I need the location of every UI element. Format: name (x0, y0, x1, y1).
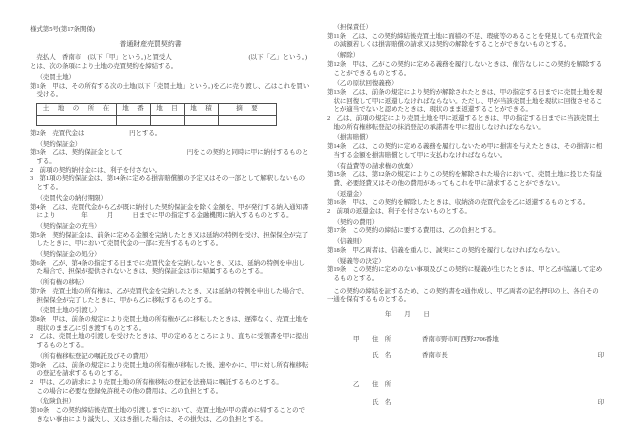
clause-text: 第10条 この契約締結後売買土地の引渡しまでにおいて、売買土地が甲の責めに帰する… (30, 407, 311, 424)
signature-row: 甲住 所香南市野市町西野2706番地 (353, 336, 604, 345)
form-number: 様式第5号(第17条関係) (30, 26, 311, 35)
clause-text: 第8条 甲は、前条の規定により売買土地の所有権が乙に移転したときは、遅滞なく、売… (30, 316, 311, 333)
signature-row: 乙住 所 (353, 381, 604, 390)
clause-text: 2 乙は、前項の規定により売買土地を甲に返還するときは、甲の指定する日までに当該… (327, 115, 604, 132)
clause-text: 2 甲は、乙の請求により売買土地の所有権移転の登記を法務局に嘱託するものとする。 (30, 379, 311, 388)
clause-heading: （解除） (327, 52, 604, 61)
field-label: 氏 名 (372, 399, 422, 408)
clause-text: 第15条 乙は、第12条の規定によりこの契約を解除された場合において、売買土地に… (327, 171, 604, 188)
seal-mark: 印 (592, 399, 604, 408)
clause-text: 3 第1項の契約保証金は、第14条に定める損害賠償額の予定又はその一部として解釈… (30, 175, 311, 192)
left-column: 様式第5号(第17条関係) 普通財産売買契約書 売払人 香南市 (以下「甲」とい… (30, 26, 311, 424)
seal-mark (592, 336, 604, 345)
clause-heading: （売買土地の引渡し） (30, 307, 311, 316)
clause-heading: （所有権の移転） (30, 279, 311, 288)
signature-row: 氏 名印 (353, 399, 604, 408)
closing-paragraph: この契約の締結を証するため、この契約書を2通作成し、甲乙両者の記名押印の上、各自… (327, 288, 604, 305)
clause-text: 第3条 乙は、契約保証金として 円をこの契約と同時に甲に納付するものとする。 (30, 149, 311, 166)
clause-text: 第7条 売買土地の所有権は、乙が売買代金を完納したとき、又は延納の特例を申出した… (30, 288, 311, 305)
clause-heading: （危険負担） (30, 398, 311, 407)
clause-text: 第9条 乙は、前条の規定により売買土地の所有権が移転した後、速やかに、甲に対し所… (30, 362, 311, 379)
clause-heading: （所有権移転登記の嘱託及びその費用） (30, 353, 311, 362)
field-value: 香南市野市町西野2706番地 (422, 336, 592, 345)
land-table: 土 地 の 所 在地 番地 目地 積摘 要 (36, 103, 277, 126)
clause-heading: （乙の原状回復義務） (327, 80, 604, 89)
clause-text: 第1条 甲は、その所有する次の土地(以下「売買土地」という。)を乙に売り渡し、乙… (30, 83, 311, 100)
clause-text: 2 乙は、売買土地の引渡しを受けたときは、甲の定めるところにより、直ちに受領書を… (30, 333, 311, 350)
clause-text: 2 前項の返還金は、利子を付さないものとする。 (327, 208, 604, 217)
field-label: 住 所 (372, 381, 422, 390)
party-label: 甲 (353, 336, 372, 345)
land-table-header-cell: 地 積 (185, 103, 219, 115)
land-table-row (37, 115, 277, 125)
field-label: 住 所 (372, 336, 422, 345)
land-table-cell (117, 115, 151, 125)
clause-text: 第14条 乙は、この契約に定める義務を履行しないため甲に損害を与えたときは、その… (327, 143, 604, 160)
clause-text: 第6条 乙が、第4条の指定する日までに売買代金を完納しないとき、又は、延納の特例… (30, 260, 311, 277)
land-table-header-cell: 摘 要 (219, 103, 277, 115)
clause-text: 第11条 乙は、この契約締結後売買土地に面積の不足、瑕疵等のあることを発見しても… (327, 33, 604, 50)
field-label: 氏 名 (372, 352, 422, 361)
clause-text: 第19条 この契約に定めのない事項及びこの契約に疑義が生じたときは、甲と乙が協議… (327, 266, 604, 283)
land-table-cell (151, 115, 185, 125)
clause-heading: （信義則） (327, 238, 604, 247)
clause-text: 第5条 契約保証金は、前条に定める金額を完納したとき又は延納の特例を受け、担保保… (30, 232, 311, 249)
land-table-cell (185, 115, 219, 125)
date-line: 年 月 日 (327, 311, 604, 320)
contract-document-page: 様式第5号(第17条関係) 普通財産売買契約書 売払人 香南市 (以下「甲」とい… (0, 0, 630, 439)
signature-row: 氏 名香南市長印 (353, 352, 604, 361)
clause-text: 第13条 乙は、前条の規定により契約が解除されたときは、甲の指定する日までに売買… (327, 89, 604, 115)
clause-heading: （疑義等の決定） (327, 258, 604, 267)
field-value: 香南市長 (422, 352, 592, 361)
page-title: 普通財産売買契約書 (30, 40, 271, 49)
clause-text: 第17条 この契約の締結に要する費用は、乙の負担とする。 (327, 227, 604, 236)
field-value (422, 399, 592, 408)
clause-heading: （契約保証金の充当） (30, 223, 311, 232)
clause-heading: （担保責任） (327, 24, 604, 33)
clause-text: 第12条 甲は、乙がこの契約に定める義務を履行しないときは、催告なしにこの契約を… (327, 61, 604, 78)
clause-text: 第16条 甲は、この契約を解除したときは、収納済の売買代金を乙に返還するものとす… (327, 199, 604, 208)
land-table-header-cell: 地 目 (151, 103, 185, 115)
intro-paragraph: 売払人 香南市 (以下「甲」という。)と買受人 (以下「乙」という。)とは、次の… (30, 54, 311, 71)
clause-heading: （契約保証金の処分） (30, 251, 311, 260)
clause-heading: （売買土地） (30, 74, 311, 83)
clause-text: この場合に必要な登録免許税その他の費用は、乙の負担とする。 (30, 388, 311, 397)
seal-mark: 印 (592, 352, 604, 361)
party-label (353, 352, 372, 361)
party-label: 乙 (353, 381, 372, 390)
land-table-cell (37, 115, 117, 125)
clause-text: 第2条 売買代金は 円とする。 (30, 130, 311, 139)
land-table-header-cell: 地 番 (117, 103, 151, 115)
right-column: （担保責任）第11条 乙は、この契約締結後売買土地に面積の不足、瑕疵等のあること… (327, 22, 604, 408)
clause-text: 第4条 乙は、売買代金から乙が既に納付した契約保証金を除く金額を、甲が発行する納… (30, 204, 311, 221)
clause-heading: （売買代金の納付期限） (30, 195, 311, 204)
party-label (353, 399, 372, 408)
field-value (422, 381, 592, 390)
land-table-cell (219, 115, 277, 125)
clause-text: 第18条 甲乙両者は、信義を重んじ、誠実にこの契約を履行しなければならない。 (327, 247, 604, 256)
land-table-header-cell: 土 地 の 所 在 (37, 103, 117, 115)
clause-heading: （有益費等の請求権の放棄） (327, 163, 604, 172)
seal-mark (592, 381, 604, 390)
clause-heading: （損害賠償） (327, 134, 604, 143)
